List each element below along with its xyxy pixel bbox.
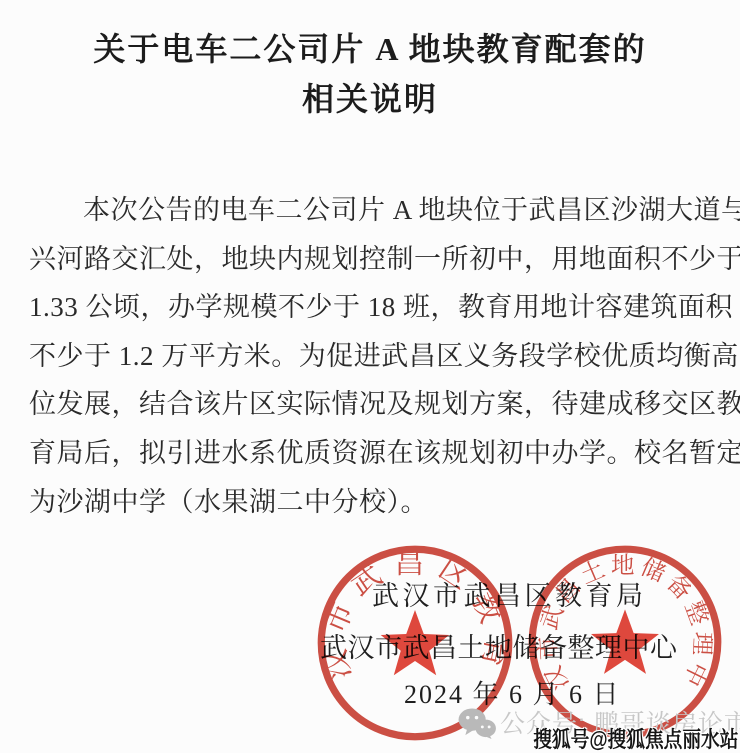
title-line-1: 关于电车二公司片 A 地块教育配套的 <box>0 24 740 74</box>
signature-land-reserve-center: 武汉市武昌土地储备整理中心 <box>320 626 678 665</box>
document-title: 关于电车二公司片 A 地块教育配套的 相关说明 <box>0 0 740 124</box>
body-line: 兴河路交汇处，地块内规划控制一所初中，用地面积不少于 <box>29 235 711 284</box>
signature-education-bureau: 武汉市武昌区教育局 <box>372 574 647 613</box>
body-line: 育局后，拟引进水系优质资源在该规划初中办学。校名暂定 <box>29 429 711 478</box>
title-line-2: 相关说明 <box>0 74 740 124</box>
sohu-watermark: 搜狐号@搜狐焦点丽水站 <box>533 723 738 753</box>
body-line: 为沙湖中学（水果湖二中分校）。 <box>29 478 711 527</box>
document-body: 本次公告的电车二公司片 A 地块位于武昌区沙湖大道与 兴河路交汇处，地块内规划控… <box>29 186 711 526</box>
body-line: 位发展，结合该片区实际情况及规划方案，待建成移交区教 <box>29 380 711 429</box>
body-line: 本次公告的电车二公司片 A 地块位于武昌区沙湖大道与 <box>29 186 711 235</box>
seal-ring-text: 武汉市武昌土地储备整理中心 <box>523 540 715 695</box>
body-line: 不少于 1.2 万平方米。为促进武昌区义务段学校优质均衡高 <box>29 332 711 381</box>
wechat-icon <box>457 707 497 740</box>
body-line: 1.33 公顷，办学规模不少于 18 班，教育用地计容建筑面积 <box>29 283 711 332</box>
document-page: 关于电车二公司片 A 地块教育配套的 相关说明 本次公告的电车二公司片 A 地块… <box>0 0 740 753</box>
